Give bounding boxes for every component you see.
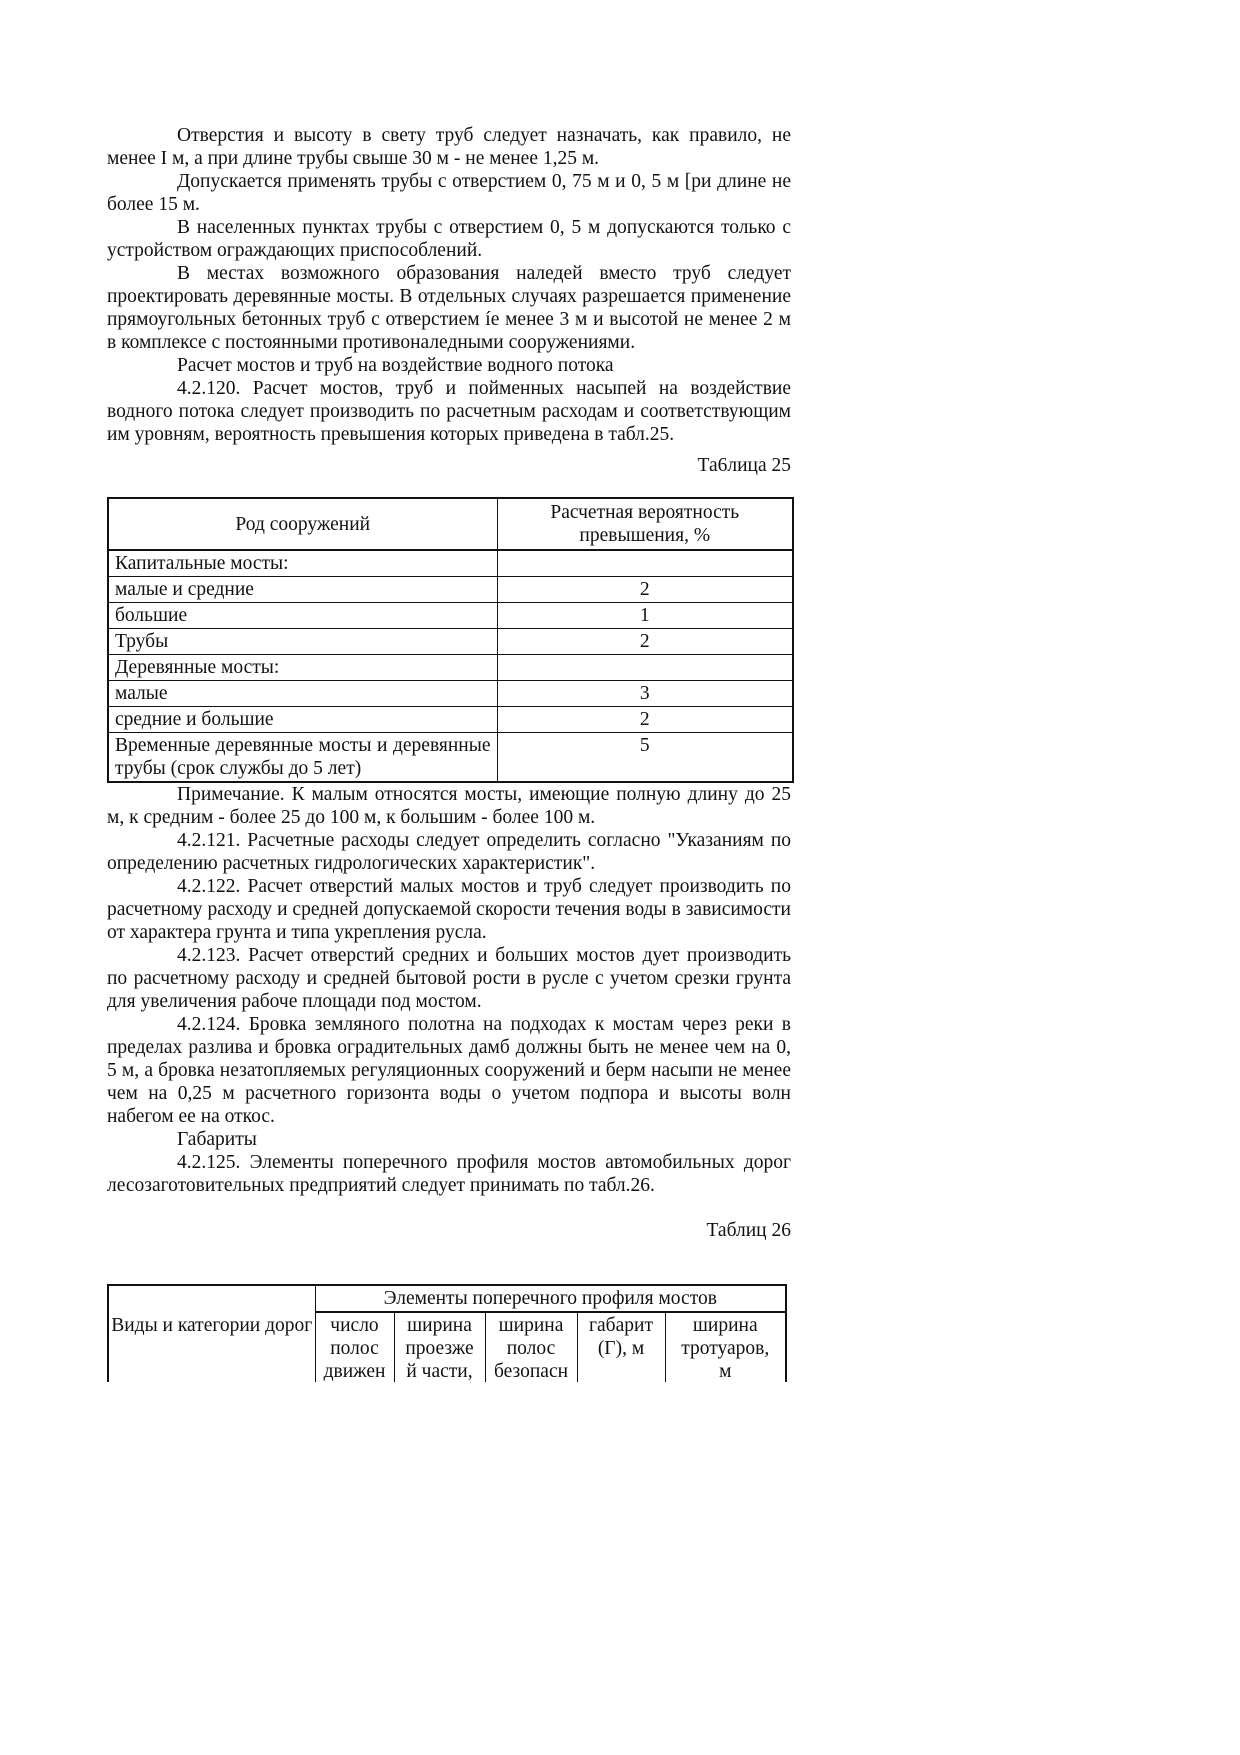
table-cell-value: 2	[497, 577, 793, 603]
table-corner-cell: Виды и категории дорог	[108, 1285, 315, 1382]
paragraph: 4.2.123. Расчет отверстий средних и боль…	[107, 944, 791, 1013]
table-subheader-cell: ширина проезже й части,	[394, 1312, 485, 1382]
paragraph: Допускается применять трубы с отверстием…	[107, 170, 791, 216]
table-span-header-cell: Элементы поперечного профиля мостов	[315, 1285, 786, 1312]
table-cell-value: 2	[497, 707, 793, 733]
table-cell-name: малые	[108, 681, 497, 707]
table-header-row: Род сооружений Расчетная вероятность пре…	[108, 498, 793, 550]
document-content: Отверстия и высоту в свету труб следует …	[107, 124, 791, 1382]
paragraph-note: Примечание. К малым относятся мосты, име…	[107, 783, 791, 829]
table-26: Виды и категории дорог Элементы поперечн…	[107, 1284, 787, 1382]
table-cell-name: Трубы	[108, 629, 497, 655]
table-cell-value	[497, 655, 793, 681]
paragraph: 4.2.124. Бровка земляного полотна на под…	[107, 1013, 791, 1128]
table-row: малые и средние 2	[108, 577, 793, 603]
table-cell-value: 1	[497, 603, 793, 629]
table-subheader-cell: ширина тротуаров, м	[665, 1312, 786, 1382]
table-subheader-cell: габарит (Г), м	[577, 1312, 665, 1382]
table-header-cell: Род сооружений	[108, 498, 497, 550]
table-row: малые 3	[108, 681, 793, 707]
table-cell-name: Капитальные мосты:	[108, 550, 497, 577]
paragraph: В населенных пунктах трубы с отверстием …	[107, 216, 791, 262]
table-row: большие 1	[108, 603, 793, 629]
paragraph: 4.2.120. Расчет мостов, труб и пойменных…	[107, 377, 791, 446]
table-row: Деревянные мосты:	[108, 655, 793, 681]
table-subheader-cell: ширина полос безопасн	[485, 1312, 577, 1382]
table-header-row: Виды и категории дорог Элементы поперечн…	[108, 1285, 786, 1312]
table-26-clipped-region: Виды и категории дорог Элементы поперечн…	[107, 1284, 791, 1382]
paragraph: 4.2.125. Элементы поперечного профиля мо…	[107, 1151, 791, 1197]
table-cell-name: малые и средние	[108, 577, 497, 603]
table-row: Трубы 2	[108, 629, 793, 655]
table-cell-value: 5	[497, 733, 793, 783]
table-row: Временные деревянные мосты и деревянные …	[108, 733, 793, 783]
table-header-cell: Расчетная вероятность превышения, %	[497, 498, 793, 550]
table-cell-value: 2	[497, 629, 793, 655]
table-cell-name: большие	[108, 603, 497, 629]
section-heading: Расчет мостов и труб на воздействие водн…	[107, 354, 791, 377]
table-subheader-cell: число полос движен	[315, 1312, 394, 1382]
table-caption: Таблиц 26	[107, 1219, 791, 1242]
document-page: Отверстия и высоту в свету труб следует …	[0, 0, 1240, 1755]
paragraph: 4.2.121. Расчетные расходы следует опред…	[107, 829, 791, 875]
paragraph: Отверстия и высоту в свету труб следует …	[107, 124, 791, 170]
table-cell-value	[497, 550, 793, 577]
table-row: средние и большие 2	[108, 707, 793, 733]
table-cell-value: 3	[497, 681, 793, 707]
table-caption: Та6лица 25	[107, 454, 791, 477]
paragraph: В местах возможного образования наледей …	[107, 262, 791, 354]
paragraph: 4.2.122. Расчет отверстий малых мостов и…	[107, 875, 791, 944]
table-cell-name: Деревянные мосты:	[108, 655, 497, 681]
section-heading: Габариты	[107, 1128, 791, 1151]
table-cell-name: средние и большие	[108, 707, 497, 733]
table-25: Род сооружений Расчетная вероятность пре…	[107, 497, 794, 783]
table-row: Капитальные мосты:	[108, 550, 793, 577]
table-cell-name: Временные деревянные мосты и деревянные …	[108, 733, 497, 783]
